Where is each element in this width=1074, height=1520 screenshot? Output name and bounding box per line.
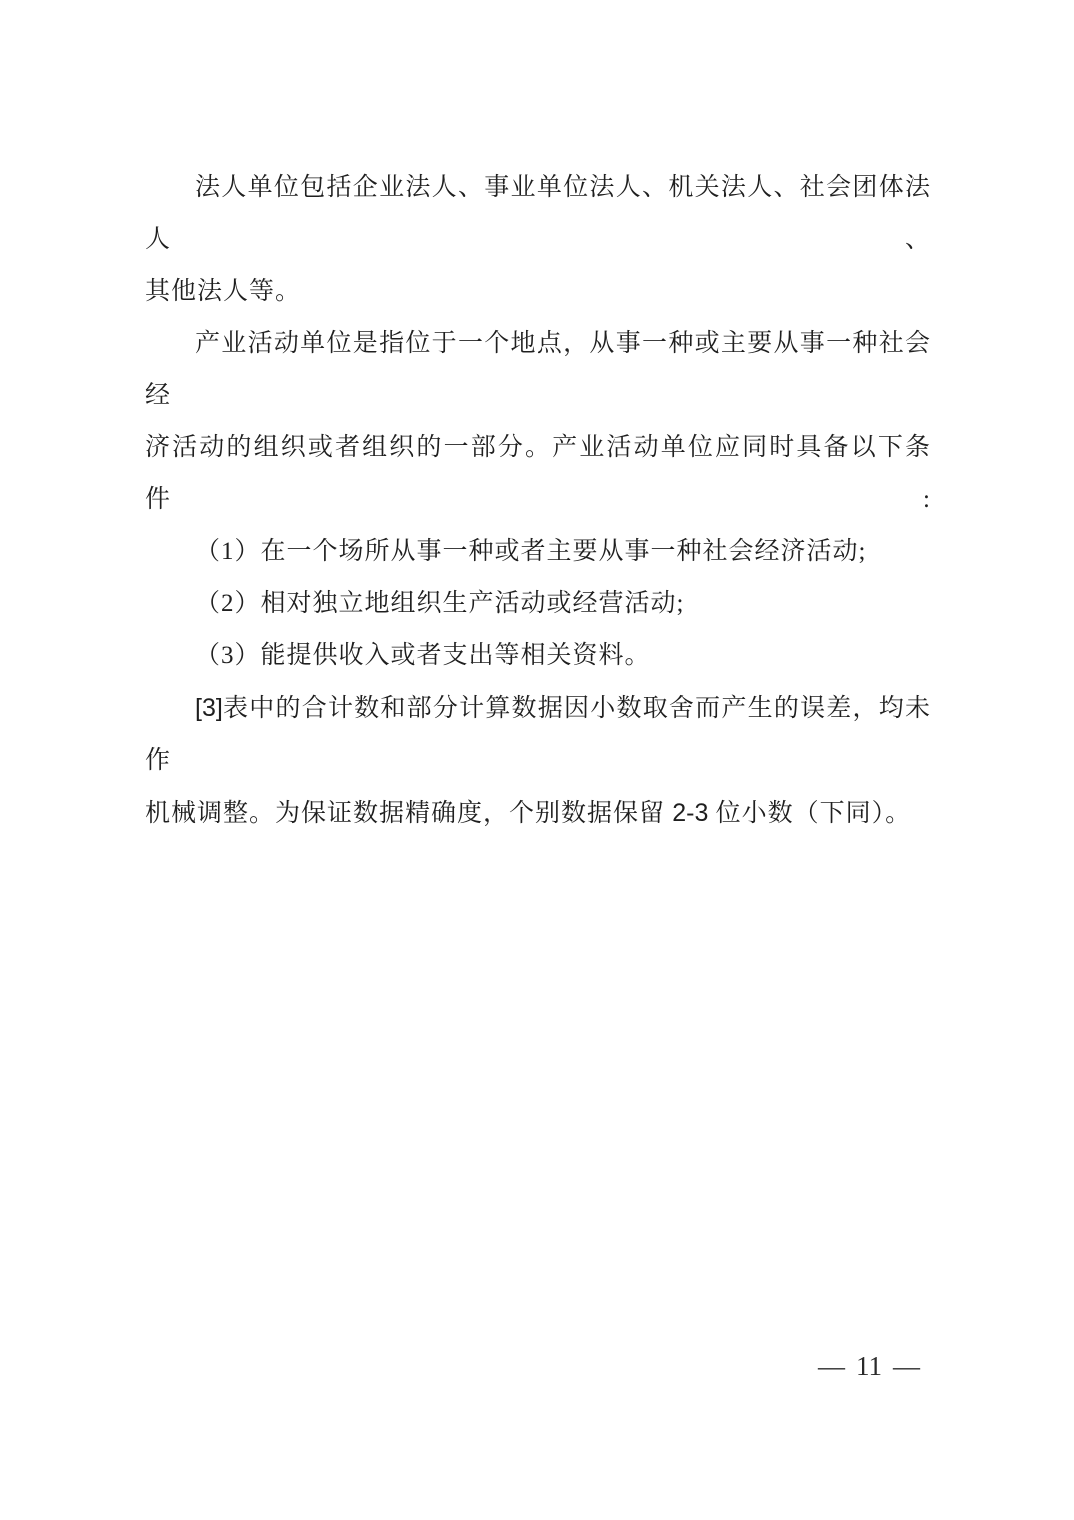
footnote-text: 表中的合计数和部分计算数据因小数取舍而产生的误差，均未作: [145, 695, 931, 774]
decimal-range-number: 2-3: [672, 799, 708, 827]
paragraph-industrial-unit: 产业活动单位是指位于一个地点，从事一种或主要从事一种社会经 济活动的组织或者组织…: [145, 318, 931, 526]
paragraph-legal-person: 法人单位包括企业法人、事业单位法人、机关法人、社会团体法人、 其他法人等。: [145, 162, 931, 318]
footer-dash-left: —: [818, 1348, 845, 1384]
footnote-text: 位小数（下同）。: [708, 800, 911, 827]
page-number: 11: [856, 1348, 882, 1384]
footnote-text: 机械调整。为保证数据精确度，个别数据保留: [145, 800, 672, 827]
condition-item-1: （1）在一个场所从事一种或者主要从事一种社会经济活动;: [145, 526, 931, 578]
footnote-paragraph: [3]表中的合计数和部分计算数据因小数取舍而产生的误差，均未作 机械调整。为保证…: [145, 682, 931, 840]
text-line: 法人单位包括企业法人、事业单位法人、机关法人、社会团体法人、: [145, 162, 931, 266]
text-line: （2）相对独立地组织生产活动或经营活动;: [145, 578, 931, 630]
text-line: [3]表中的合计数和部分计算数据因小数取舍而产生的误差，均未作: [145, 682, 931, 787]
condition-item-3: （3）能提供收入或者支出等相关资料。: [145, 630, 931, 682]
condition-item-2: （2）相对独立地组织生产活动或经营活动;: [145, 578, 931, 630]
text-line: （3）能提供收入或者支出等相关资料。: [145, 630, 931, 682]
text-content: 法人单位包括企业法人、事业单位法人、机关法人、社会团体法人、 其他法人等。 产业…: [145, 162, 931, 840]
text-line: （1）在一个场所从事一种或者主要从事一种社会经济活动;: [145, 526, 931, 578]
text-line: 其他法人等。: [145, 266, 931, 318]
footer-dash-right: —: [893, 1348, 920, 1384]
text-line: 机械调整。为保证数据精确度，个别数据保留 2-3 位小数（下同）。: [145, 787, 931, 840]
text-line: 济活动的组织或者组织的一部分。产业活动单位应同时具备以下条件:: [145, 422, 931, 526]
document-page: 法人单位包括企业法人、事业单位法人、机关法人、社会团体法人、 其他法人等。 产业…: [0, 0, 1074, 1520]
text-line: 产业活动单位是指位于一个地点，从事一种或主要从事一种社会经: [145, 318, 931, 422]
footnote-marker: [3]: [195, 694, 223, 722]
page-footer: —11—: [145, 1348, 931, 1384]
